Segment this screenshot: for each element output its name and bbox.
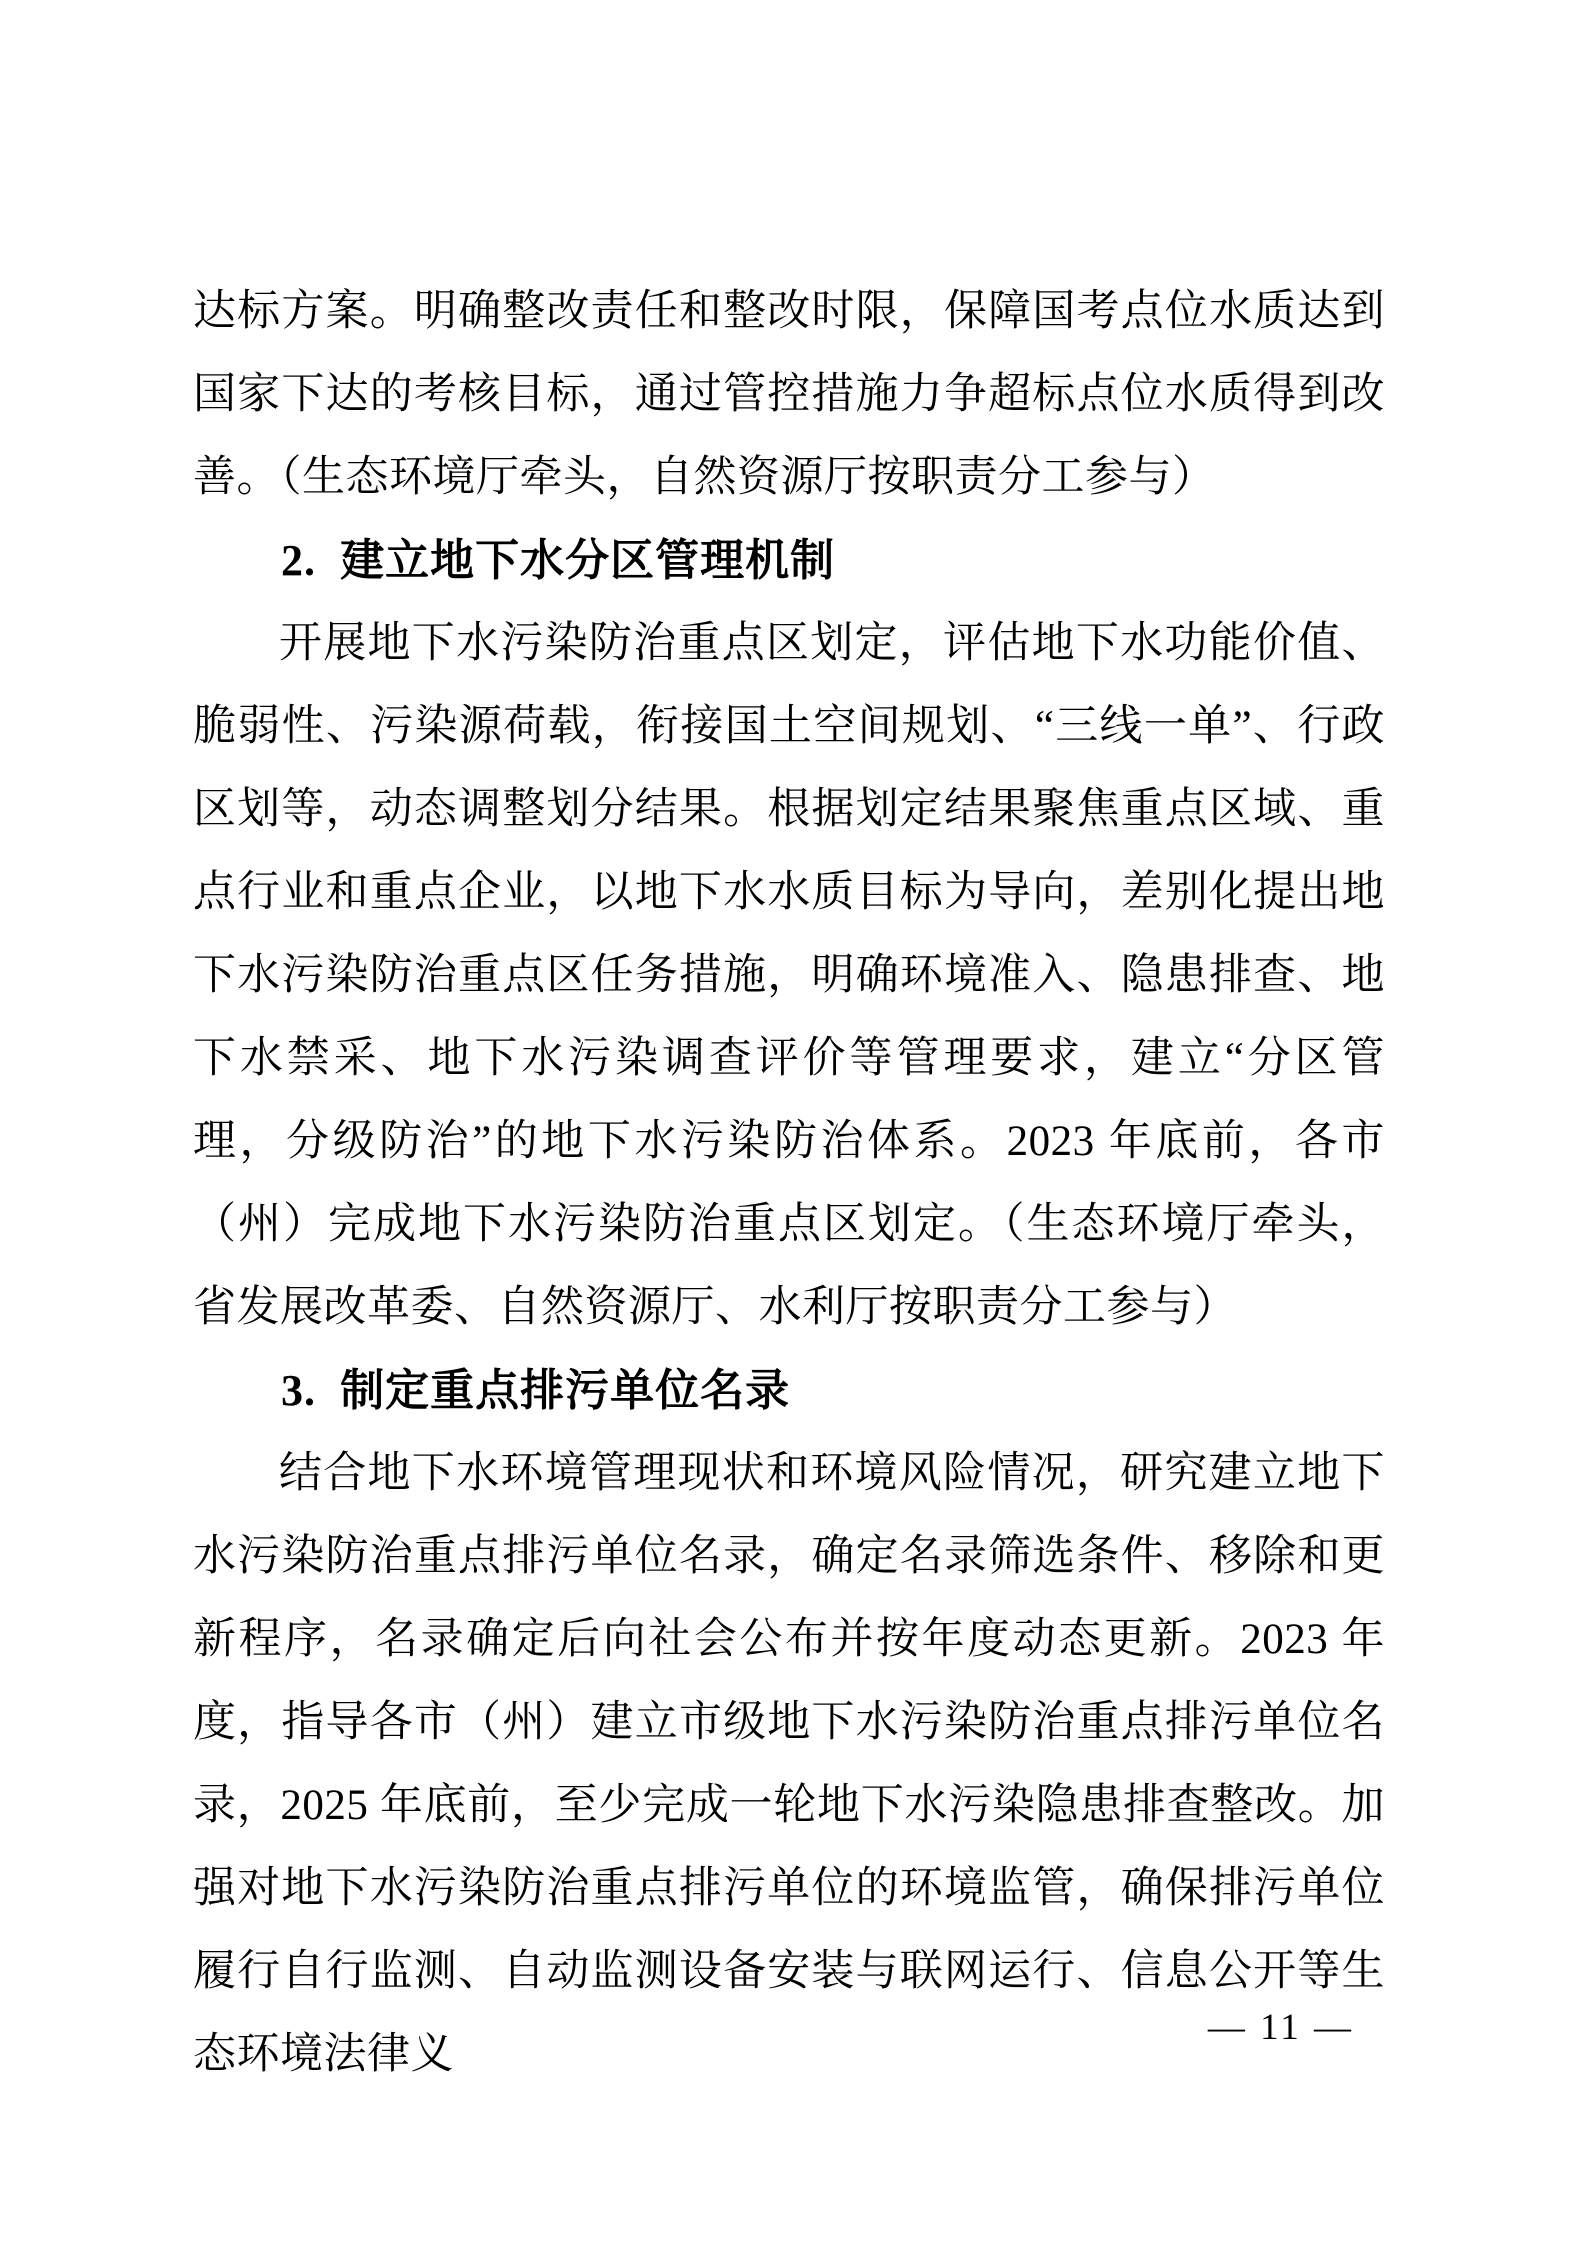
section-heading-3-title: 制定重点排污单位名录 (340, 1366, 790, 1415)
section-heading-2-title: 建立地下水分区管理机制 (340, 536, 835, 585)
paragraph-section-2: 开展地下水污染防治重点区划定，评估地下水功能价值、脆弱性、污染源荷载，衔接国土空… (193, 602, 1385, 1349)
section-heading-3-number: 3. (281, 1366, 316, 1415)
paragraph-section-3: 结合地下水环境管理现状和环境风险情况，研究建立地下水污染防治重点排污单位名录，确… (193, 1432, 1385, 2096)
document-page: 达标方案。明确整改责任和整改时限，保障国考点位水质达到国家下达的考核目标，通过管… (0, 0, 1587, 2245)
page-number: — 11 — (1208, 2005, 1354, 2050)
section-heading-2-number: 2. (281, 536, 316, 585)
section-heading-2: 2.建立地下水分区管理机制 (193, 519, 1385, 602)
page-body: 达标方案。明确整改责任和整改时限，保障国考点位水质达到国家下达的考核目标，通过管… (193, 270, 1385, 2096)
paragraph-continuation: 达标方案。明确整改责任和整改时限，保障国考点位水质达到国家下达的考核目标，通过管… (193, 270, 1385, 519)
section-heading-3: 3.制定重点排污单位名录 (193, 1349, 1385, 1432)
